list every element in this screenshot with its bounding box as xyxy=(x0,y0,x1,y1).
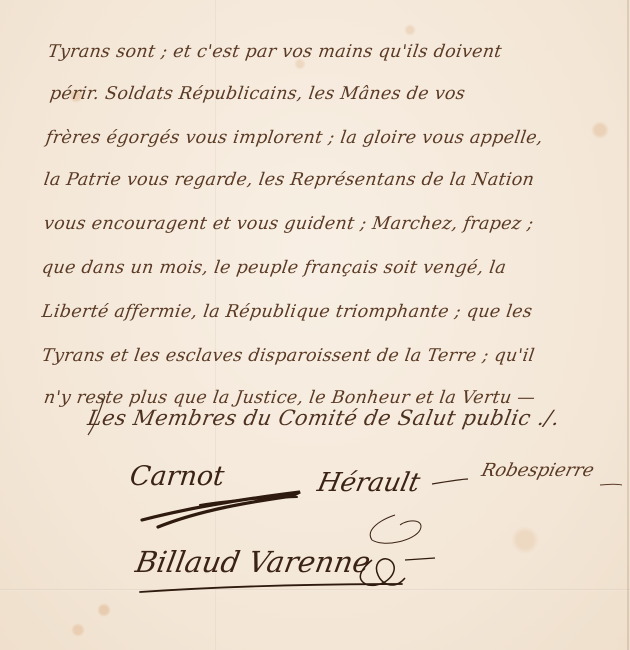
body-line: que dans un mois, le peuple français soi… xyxy=(41,258,508,278)
signature-robespierre: Robespierre xyxy=(479,460,596,481)
body-line: frères égorgés vous implorent ; la gloir… xyxy=(45,128,545,148)
body-line: Tyrans et les esclaves disparoissent de … xyxy=(41,346,536,366)
horizontal-fold-crease xyxy=(0,589,630,591)
body-line: Tyrans sont ; et c'est par vos mains qu'… xyxy=(47,42,503,62)
body-line: périr. Soldats Républicains, les Mânes d… xyxy=(49,84,467,104)
signature-carnot: Carnot xyxy=(128,461,225,492)
signature-herault: Hérault xyxy=(315,468,423,498)
body-line: n'y reste plus que la Justice, le Bonheu… xyxy=(43,388,537,408)
page-edge xyxy=(627,0,629,650)
body-line: la Patrie vous regarde, les Représentans… xyxy=(43,170,536,190)
signature-billaud-varenne: Billaud Varenne xyxy=(133,545,373,579)
body-line: vous encouragent et vous guident ; March… xyxy=(43,214,535,234)
body-line: Liberté affermie, la République triompha… xyxy=(41,302,534,322)
closing-line: Les Membres du Comité de Salut public ./… xyxy=(86,406,562,430)
